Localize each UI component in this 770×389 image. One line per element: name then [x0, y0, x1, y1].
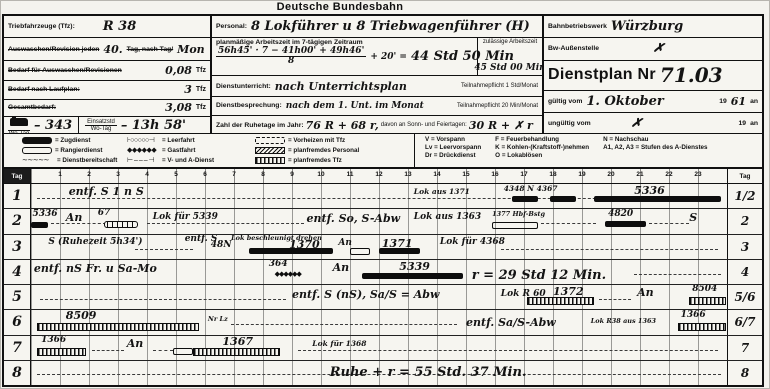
ungueltig-value: ✗: [630, 116, 643, 132]
handwritten-note: 1367: [222, 336, 253, 347]
dienstbesprechung-row: Dienstbesprechung: nach dem 1. Unt. im M…: [212, 97, 542, 115]
personal-row: Personal: 8 Lokführer u 8 Triebwagenführ…: [212, 16, 542, 38]
ungueltig-row: ungültig vom ✗ 19 an: [544, 113, 762, 135]
row-number-left: 3: [4, 235, 31, 259]
gesamtbedarf-label: Gesamtbedarf:: [8, 104, 56, 111]
duty-bar: [512, 196, 538, 202]
hour-label: 23: [694, 171, 701, 178]
legend-code: Lv = Leervorspann: [425, 144, 481, 151]
row-number-right: 7: [727, 336, 762, 360]
locomotive-icon: [8, 117, 30, 131]
legend-item: = Vorheizen mit Tfz: [255, 137, 414, 144]
legend-code-column: F = FeuerbehandlungK = Kohlen-(Kraftstof…: [495, 136, 589, 168]
vstripe-symbol: [255, 157, 285, 164]
row-area: entf. nS Fr. u Sa-Mo364◆◆◆◆◆◆An5339r = 2…: [31, 260, 727, 284]
hour-label: 17: [520, 171, 527, 178]
gueltig-date: 1. Oktober: [586, 94, 663, 109]
handwritten-note: An: [338, 239, 352, 248]
handwritten-note: Lok für 5339: [153, 213, 218, 222]
handwritten-note: 1366: [41, 336, 66, 345]
document-title: Deutsche Bundesbahn: [0, 1, 680, 13]
handwritten-note: S (Ruhezeit 5h34'): [48, 238, 142, 247]
hour-label: 3: [116, 171, 120, 178]
tfz-row: Triebfahrzeuge (Tfz): R 38: [4, 16, 210, 38]
dienstunterricht-row: Dienstunterricht: nach Unterrichtsplan T…: [212, 76, 542, 97]
dash-line: [153, 350, 173, 351]
personal-value: 8 Lokführer u 8 Triebwagenführer (H): [251, 19, 530, 34]
personal-label: Personal:: [216, 23, 247, 30]
dash-line: [298, 350, 719, 351]
handwritten-note: 48N: [211, 241, 232, 250]
legend-item: = planfremdes Tfz: [255, 157, 414, 164]
dash-line: [501, 249, 719, 250]
duty-bar: [550, 196, 576, 202]
dienstunterricht-note: Teilnahmepflicht 1 Std/Monat: [461, 83, 538, 89]
duty-bar: [689, 297, 725, 305]
hour-label: 12: [375, 171, 382, 178]
grid-row: 68509Nr Lzentf. Sa/S-AbwLok R38 aus 1363…: [4, 310, 762, 335]
gueltig-year: 61: [731, 95, 746, 108]
ruhetage-value: 76 R + 68 r,: [306, 119, 379, 132]
legend-code: F = Feuerbehandlung: [495, 136, 589, 143]
handwritten-note: 4820: [608, 210, 633, 219]
form-right-column: Bahnbetriebswerk Würzburg Bw-Außenstelle…: [542, 16, 762, 135]
handwritten-note: r = 29 Std 12 Min.: [472, 269, 606, 282]
duty-bar: [605, 221, 646, 227]
row-number-left: 8: [4, 361, 31, 385]
einsatz-fraction: Einsatzstd Wo-Tag: [85, 119, 117, 133]
gesamtbedarf-unit: Tfz: [196, 104, 206, 111]
legend-item: ⊢ – – – ⊣= V- und A-Dienst: [127, 156, 255, 164]
grid-rows: 1entf. S 1 n SLok aus 13714348 N 4367533…: [4, 184, 762, 385]
einsatz-value: – 13h 58': [121, 118, 186, 133]
zulaessig-value: 45 Std 00 Min: [474, 63, 542, 73]
legend-symbol-glyph: ◆◆◆◆◆◆: [127, 146, 159, 154]
formula-denominator: 8: [288, 57, 294, 66]
legend-code: A1, A2, A3 = Stufen des A-Dienstes: [603, 144, 707, 151]
handwritten-note: 5336: [32, 210, 57, 219]
dashed-symbol: [255, 137, 285, 144]
handwritten-note: An: [66, 212, 83, 223]
hour-label: 4: [145, 171, 149, 178]
hour-label: 2: [87, 171, 91, 178]
handwritten-note: 67: [98, 209, 111, 218]
handwritten-note: 1377 Hbf-Bstg: [492, 211, 545, 218]
legend-label: = planfremdes Personal: [288, 147, 359, 154]
dienstplan-number: 71.03: [660, 63, 723, 87]
gueltig-suffix: an: [750, 98, 758, 105]
form-header: Triebfahrzeuge (Tfz): R 38 Auswaschen/Re…: [2, 14, 764, 137]
legend-item: = planfremdes Personal: [255, 147, 414, 154]
duty-bar: [104, 221, 139, 228]
grid-row: 4entf. nS Fr. u Sa-Mo364◆◆◆◆◆◆An5339r = …: [4, 260, 762, 285]
wash-label: Auswaschen/Revision jeden: [8, 46, 99, 53]
dash-line: [649, 223, 690, 224]
einsatz-fraction-top: Einsatzstd: [85, 119, 117, 126]
bedarf-wash-row: Bedarf für Auswaschen/Revisionen 0,08 Tf…: [4, 61, 210, 81]
ruhetage-label2: davon an Sonn- und Feiertagen:: [381, 122, 467, 128]
hour-label: 8: [261, 171, 265, 178]
hour-label: 1: [58, 171, 62, 178]
handwritten-note: Lok aus 1371: [414, 188, 470, 196]
legend-label: = Dienstbereitschaft: [57, 157, 117, 164]
handwritten-note: 1371: [382, 238, 413, 249]
legend-code-column: V = VorspannLv = LeervorspannDr = Drückd…: [425, 136, 481, 168]
legend-item: = Rangierdienst: [22, 147, 127, 154]
row-number-left: 2: [4, 209, 31, 233]
dienstunterricht-value: nach Unterrichtsplan: [275, 80, 407, 93]
outline-symbol: [22, 147, 52, 154]
hour-label: 20: [607, 171, 614, 178]
zulaessig-label: zulässige Arbeitszeit: [483, 39, 537, 45]
grid-row: 3S (Ruhezeit 5h34')entf. S48NLok beschle…: [4, 235, 762, 260]
dash-line: [51, 223, 106, 224]
hour-label: 18: [549, 171, 556, 178]
row-number-right: 2: [727, 209, 762, 233]
legend-code: N = Nachschau: [603, 136, 707, 143]
row-number-left: 4: [4, 260, 31, 284]
dash-line: [231, 324, 457, 325]
tag-header-right: Tag: [727, 169, 762, 183]
legend-code: Dr = Drückdienst: [425, 152, 481, 159]
duty-bar: [678, 323, 726, 331]
gueltig-century: 19: [719, 98, 727, 105]
laufplan-unit: Tfz: [196, 86, 206, 93]
hatch-symbol: [255, 147, 285, 154]
dash-line: [92, 350, 124, 351]
dash-line: [147, 223, 304, 224]
dienstplan-row: Dienstplan Nr 71.03: [544, 61, 762, 91]
legend: = Zugdienst⊦○○○○○⊣= Leerfahrt= Vorheizen…: [2, 133, 764, 170]
legend-item: = Zugdienst: [22, 137, 127, 144]
ruhetage-value2: 30 R + ✗ r: [469, 119, 533, 132]
hour-label: 22: [665, 171, 672, 178]
bedarf-wash-label: Bedarf für Auswaschen/Revisionen: [8, 67, 122, 74]
handwritten-note: Lok für 1368: [312, 340, 366, 348]
hour-label: 5: [174, 171, 178, 178]
legend-label: = Gastfahrt: [162, 147, 195, 154]
hour-label: 9: [290, 171, 294, 178]
hour-label: 11: [347, 171, 354, 178]
duty-bar: [31, 222, 48, 228]
legend-codes: V = VorspannLv = LeervorspannDr = Drückd…: [414, 134, 762, 168]
arbeitszeit-label: planmäßige Arbeitszeit im 7-tägigen Zeit…: [216, 39, 363, 46]
hour-label: 6: [203, 171, 207, 178]
handwritten-note: entf. S (nS), Sa/S = Abw: [292, 289, 439, 300]
legend-code: K = Kohlen-(Kraftstoff-)nehmen: [495, 144, 589, 151]
legend-symbol-glyph: ⊦○○○○○⊣: [127, 136, 159, 144]
duty-bar: [193, 348, 280, 356]
aussenstelle-row: Bw-Außenstelle ✗: [544, 38, 762, 60]
handwritten-note: Lok für 4368: [440, 238, 505, 247]
row-area: entf. S (nS), Sa/S = AbwLok R 601372An85…: [31, 285, 727, 309]
ungueltig-century: 19: [739, 120, 747, 127]
laufplan-label: Bedarf nach Laufplan:: [8, 86, 80, 93]
handwritten-note: 4348 N 4367: [504, 185, 558, 193]
wash-label2: Tag, nach Tag/: [127, 46, 174, 53]
bedarf-wash-value: 0,08: [165, 64, 192, 77]
hour-label: 19: [578, 171, 585, 178]
form-middle-column: Personal: 8 Lokführer u 8 Triebwagenführ…: [210, 16, 542, 135]
tag-header-left: Tag: [4, 169, 31, 183]
handwritten-note: An: [127, 338, 144, 349]
handwritten-note: An: [637, 287, 654, 298]
grid-row: 71366An1367Lok für 13687: [4, 336, 762, 361]
legend-label: = Rangierdienst: [55, 147, 102, 154]
duty-bar: [362, 273, 464, 279]
row-area: 5336An67Lok für 5339entf. So, S-AbwLok a…: [31, 209, 727, 233]
duty-bar: [173, 348, 193, 355]
wash-mon-value: Mon: [177, 43, 205, 56]
bahnbetriebswerk-label: Bahnbetriebswerk: [548, 23, 607, 30]
gueltig-row: gültig vom 1. Oktober 1961 an: [544, 91, 762, 113]
formula-tail: + 20' =: [370, 52, 407, 62]
handwritten-note: 1372: [553, 286, 584, 297]
dienstplan-document: Deutsche Bundesbahn Triebfahrzeuge (Tfz)…: [0, 0, 770, 389]
row-number-right: 1/2: [727, 184, 762, 208]
row-number-right: 4: [727, 260, 762, 284]
legend-code: O = Lokablösen: [495, 152, 589, 159]
km-value: – 343: [34, 118, 72, 133]
duty-bar: [37, 323, 199, 331]
gesamtbedarf-row: Gesamtbedarf: 3,08 Tfz: [4, 100, 210, 117]
solid-symbol: [22, 137, 52, 144]
dash-line: [541, 223, 596, 224]
legend-symbol-glyph: ∼∼∼∼∼: [22, 156, 54, 164]
bahnbetriebswerk-row: Bahnbetriebswerk Würzburg: [544, 16, 762, 38]
grid-row: 1entf. S 1 n SLok aus 13714348 N 4367533…: [4, 184, 762, 209]
legend-label: = planfremdes Tfz: [288, 157, 342, 164]
duty-bar: [37, 348, 86, 356]
gesamtbedarf-value: 3,08: [165, 101, 192, 114]
bahnbetriebswerk-value: Würzburg: [611, 19, 683, 34]
wash-row: Auswaschen/Revision jeden 40. Tag, nach …: [4, 38, 210, 61]
dienstunterricht-label: Dienstunterricht:: [216, 83, 271, 90]
row-number-left: 1: [4, 184, 31, 208]
aussenstelle-label: Bw-Außenstelle: [548, 45, 599, 52]
handwritten-note: entf. S 1 n S: [69, 186, 144, 197]
grid-row: 5entf. S (nS), Sa/S = AbwLok R 601372An8…: [4, 285, 762, 310]
hour-label: 15: [462, 171, 469, 178]
handwritten-note: 1366: [681, 311, 706, 320]
hour-label: 14: [433, 171, 440, 178]
legend-label: = Zugdienst: [55, 137, 91, 144]
bedarf-wash-unit: Tfz: [196, 67, 206, 74]
dienstplan-label: Dienstplan Nr: [548, 66, 656, 84]
legend-label: = Leerfahrt: [162, 137, 195, 144]
ungueltig-suffix: an: [750, 120, 758, 127]
handwritten-note: Lok R38 aus 1363: [591, 318, 656, 325]
hour-label: 7: [232, 171, 236, 178]
handwritten-note: entf. Sa/S-Abw: [466, 317, 556, 328]
dash-line: [634, 274, 721, 275]
row-area: entf. S 1 n SLok aus 13714348 N 43675336: [31, 184, 727, 208]
handwritten-note: Lok aus 1363: [414, 213, 481, 222]
arbeitszeit-row: planmäßige Arbeitszeit im 7-tägigen Zeit…: [212, 38, 542, 76]
ruhetage-label: Zahl der Ruhetage im Jahr:: [216, 122, 304, 129]
laufplan-row: Bedarf nach Laufplan: 3 Tfz: [4, 81, 210, 99]
duty-bar: [249, 248, 333, 254]
row-number-left: 5: [4, 285, 31, 309]
legend-symbols: = Zugdienst⊦○○○○○⊣= Leerfahrt= Vorheizen…: [4, 134, 414, 168]
handwritten-note: 8509: [66, 310, 97, 321]
arbeitszeit-formula: 56h45' · 7 − 41h00' + 49h46' 8 + 20' = 4…: [216, 47, 514, 66]
formula-fraction: 56h45' · 7 − 41h00' + 49h46' 8: [216, 47, 366, 66]
dash-line: [40, 299, 287, 300]
grid-header: Tag 123456789101112131415161718192021222…: [4, 169, 762, 184]
row-area: Ruhe + r = 55 Std. 37 Min.: [31, 361, 727, 385]
handwritten-note: S: [689, 212, 697, 223]
dash-line: [599, 299, 631, 300]
row-number-left: 7: [4, 336, 31, 360]
handwritten-note: 5339: [399, 261, 430, 272]
legend-item: ∼∼∼∼∼= Dienstbereitschaft: [22, 156, 127, 164]
legend-code-column: N = NachschauA1, A2, A3 = Stufen des A-D…: [603, 136, 707, 168]
handwritten-note: 5336: [634, 185, 665, 196]
einsatz-fraction-bottom: Wo-Tag: [91, 126, 112, 132]
handwritten-note: 8504: [692, 285, 717, 294]
handwritten-note: Nr Lz: [208, 316, 228, 323]
handwritten-note: 364: [269, 260, 288, 269]
duty-bar: [527, 297, 594, 305]
schedule-grid: Tag 123456789101112131415161718192021222…: [2, 167, 764, 387]
duty-bar: [379, 248, 420, 254]
handwritten-note: Ruhe + r = 55 Std. 37 Min.: [330, 366, 527, 379]
row-number-right: 8: [727, 361, 762, 385]
handwritten-note: ◆◆◆◆◆◆: [275, 271, 301, 278]
tfz-value: R 38: [103, 19, 136, 34]
handwritten-note: entf. So, S-Abw: [307, 213, 401, 224]
aussenstelle-value: ✗: [652, 41, 665, 57]
legend-item: ⊦○○○○○⊣= Leerfahrt: [127, 136, 255, 144]
dienstbesprechung-note: Teilnahmepflicht 20 Min/Monat: [457, 103, 538, 109]
tfz-label: Triebfahrzeuge (Tfz):: [8, 23, 75, 30]
legend-symbol-glyph: ⊢ – – – ⊣: [127, 156, 159, 164]
row-area: S (Ruhezeit 5h34')entf. S48NLok beschleu…: [31, 235, 727, 259]
hour-label: 21: [636, 171, 643, 178]
hour-label: 13: [404, 171, 411, 178]
row-number-right: 6/7: [727, 310, 762, 334]
dienstbesprechung-value: nach dem 1. Unt. im Monat: [286, 101, 424, 111]
form-left-column: Triebfahrzeuge (Tfz): R 38 Auswaschen/Re…: [4, 16, 210, 135]
ungueltig-label: ungültig vom: [548, 120, 591, 127]
legend-label: = V- und A-Dienst: [162, 157, 214, 164]
duty-bar: [492, 222, 538, 229]
dash-line: [135, 249, 193, 250]
legend-label: = Vorheizen mit Tfz: [288, 137, 345, 144]
legend-item: ◆◆◆◆◆◆= Gastfahrt: [127, 146, 255, 154]
row-area: 8509Nr Lzentf. Sa/S-AbwLok R38 aus 13631…: [31, 310, 727, 334]
row-number-right: 3: [727, 235, 762, 259]
grid-row: 8Ruhe + r = 55 Std. 37 Min.8: [4, 361, 762, 385]
zulaessige-arbeitszeit-box: zulässige Arbeitszeit 45 Std 00 Min: [477, 38, 542, 75]
handwritten-note: entf. nS Fr. u Sa-Mo: [34, 263, 157, 274]
dienstbesprechung-label: Dienstbesprechung:: [216, 102, 282, 109]
hour-label: 16: [491, 171, 498, 178]
handwritten-note: An: [333, 262, 350, 273]
grid-row: 25336An67Lok für 5339entf. So, S-AbwLok …: [4, 209, 762, 234]
hour-labels: 1234567891011121314151617181920212223: [31, 169, 727, 183]
row-number-left: 6: [4, 310, 31, 334]
duty-bar: [350, 248, 370, 255]
wash-days-value: 40.: [103, 43, 122, 56]
row-area: 1366An1367Lok für 1368: [31, 336, 727, 360]
hour-label: 10: [317, 171, 324, 178]
gueltig-label: gültig vom: [548, 98, 582, 105]
row-number-right: 5/6: [727, 285, 762, 309]
laufplan-value: 3: [184, 83, 192, 96]
legend-code: V = Vorspann: [425, 136, 481, 143]
